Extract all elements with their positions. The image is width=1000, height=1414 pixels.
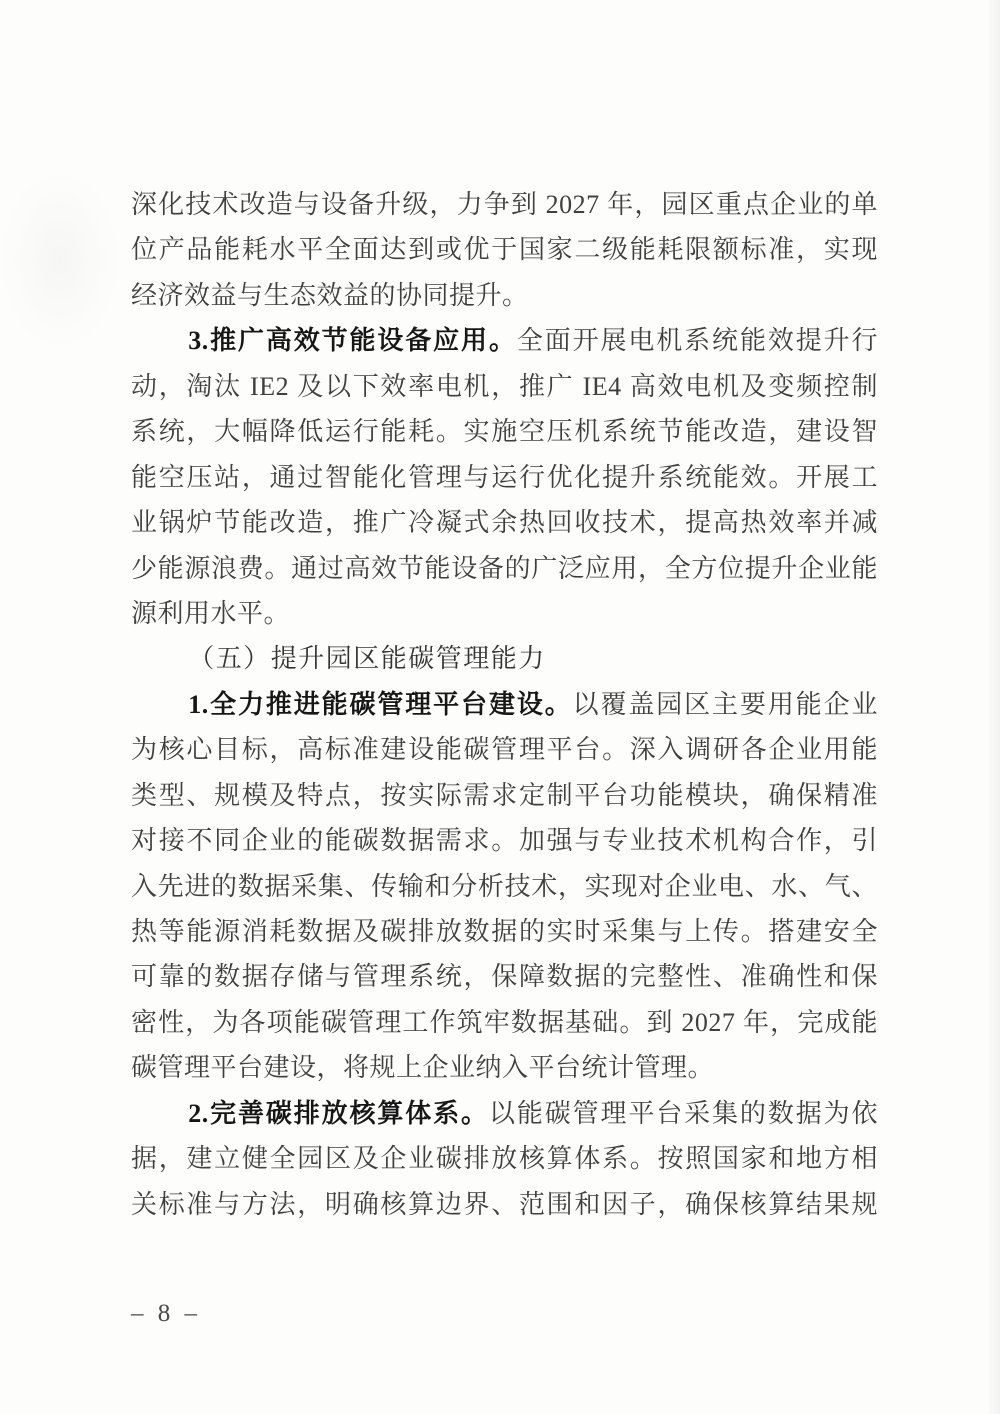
paragraph-text: 可靠的数据存储与管理系统，保障数据的完整性、准确性和保	[131, 962, 878, 991]
document-page: 深化技术改造与设备升级，力争到 2027 年，园区重点企业的单位产品能耗水平全面…	[0, 0, 1000, 1414]
text-line: 为核心目标，高标准建设能碳管理平台。深入调研各企业用能	[131, 727, 878, 772]
text-line: 据，建立健全园区及企业碳排放核算体系。按照国家和地方相	[131, 1136, 878, 1181]
paragraph-text: 热等能源消耗数据及碳排放数据的实时采集与上传。搭建安全	[131, 917, 878, 946]
text-line: 2.完善碳排放核算体系。以能碳管理平台采集的数据为依	[131, 1091, 878, 1136]
paragraph-text: （五）提升园区能碳管理能力	[188, 644, 546, 673]
paragraph-text: 入先进的数据采集、传输和分析技术，实现对企业电、水、气、	[131, 872, 878, 901]
paragraph-text: 以能碳管理平台采集的数据为依	[489, 1099, 878, 1128]
paragraph-lead-bold: 2.完善碳排放核算体系。	[188, 1099, 489, 1128]
paragraph-text: 据，建立健全园区及企业碳排放核算体系。按照国家和地方相	[131, 1144, 878, 1173]
document-body: 深化技术改造与设备升级，力争到 2027 年，园区重点企业的单位产品能耗水平全面…	[131, 182, 878, 1227]
text-line: 动，淘汰 IE2 及以下效率电机，推广 IE4 高效电机及变频控制	[131, 364, 878, 409]
text-line: 系统，大幅降低运行能耗。实施空压机系统节能改造，建设智	[131, 409, 878, 454]
text-line: 源利用水平。	[131, 591, 878, 636]
paragraph-text: 业锅炉节能改造，推广冷凝式余热回收技术，提高热效率并减	[131, 508, 878, 537]
text-line: 经济效益与生态效益的协同提升。	[131, 273, 878, 318]
paragraph-text: 对接不同企业的能碳数据需求。加强与专业技术机构合作，引	[131, 826, 878, 855]
paragraph-text: 类型、规模及特点，按实际需求定制平台功能模块，确保精准	[131, 781, 878, 810]
paragraph-text: 能空压站，通过智能化管理与运行优化提升系统能效。开展工	[131, 463, 878, 492]
paragraph-text: 系统，大幅降低运行能耗。实施空压机系统节能改造，建设智	[131, 417, 878, 446]
text-line: 少能源浪费。通过高效节能设备的广泛应用，全方位提升企业能	[131, 546, 878, 591]
text-line: 深化技术改造与设备升级，力争到 2027 年，园区重点企业的单	[131, 182, 878, 227]
paragraph-text: 动，淘汰 IE2 及以下效率电机，推广 IE4 高效电机及变频控制	[131, 372, 878, 401]
paragraph-text: 密性，为各项能碳管理工作筑牢数据基础。到 2027 年，完成能	[131, 1008, 878, 1037]
text-line: 业锅炉节能改造，推广冷凝式余热回收技术，提高热效率并减	[131, 500, 878, 545]
paragraph-text: 经济效益与生态效益的协同提升。	[131, 281, 529, 310]
text-line: 3.推广高效节能设备应用。全面开展电机系统能效提升行	[131, 318, 878, 363]
text-line: 热等能源消耗数据及碳排放数据的实时采集与上传。搭建安全	[131, 909, 878, 954]
paragraph-text: 全面开展电机系统能效提升行	[517, 326, 878, 355]
text-line: 1.全力推进能碳管理平台建设。以覆盖园区主要用能企业	[131, 682, 878, 727]
paragraph-text: 源利用水平。	[131, 599, 290, 628]
section-heading: （五）提升园区能碳管理能力	[131, 636, 878, 681]
text-line: 关标准与方法，明确核算边界、范围和因子，确保核算结果规	[131, 1182, 878, 1227]
text-line: 类型、规模及特点，按实际需求定制平台功能模块，确保精准	[131, 773, 878, 818]
paragraph-lead-bold: 3.推广高效节能设备应用。	[188, 326, 517, 355]
paragraph-text: 以覆盖园区主要用能企业	[573, 690, 878, 719]
paragraph-text: 关标准与方法，明确核算边界、范围和因子，确保核算结果规	[131, 1190, 878, 1219]
paragraph-text: 碳管理平台建设，将规上企业纳入平台统计管理。	[131, 1053, 714, 1082]
paragraph-text: 为核心目标，高标准建设能碳管理平台。深入调研各企业用能	[131, 735, 878, 764]
paragraph-text: 深化技术改造与设备升级，力争到 2027 年，园区重点企业的单	[131, 190, 878, 219]
text-line: 可靠的数据存储与管理系统，保障数据的完整性、准确性和保	[131, 954, 878, 999]
paragraph-text: 少能源浪费。通过高效节能设备的广泛应用，全方位提升企业能	[131, 554, 878, 583]
paragraph-lead-bold: 1.全力推进能碳管理平台建设。	[188, 690, 572, 719]
text-line: 碳管理平台建设，将规上企业纳入平台统计管理。	[131, 1045, 878, 1090]
text-line: 能空压站，通过智能化管理与运行优化提升系统能效。开展工	[131, 455, 878, 500]
paragraph-text: 位产品能耗水平全面达到或优于国家二级能耗限额标准，实现	[131, 235, 878, 264]
text-line: 位产品能耗水平全面达到或优于国家二级能耗限额标准，实现	[131, 227, 878, 272]
text-line: 对接不同企业的能碳数据需求。加强与专业技术机构合作，引	[131, 818, 878, 863]
text-line: 密性，为各项能碳管理工作筑牢数据基础。到 2027 年，完成能	[131, 1000, 878, 1045]
text-line: 入先进的数据采集、传输和分析技术，实现对企业电、水、气、	[131, 864, 878, 909]
page-number: – 8 –	[131, 1300, 201, 1328]
